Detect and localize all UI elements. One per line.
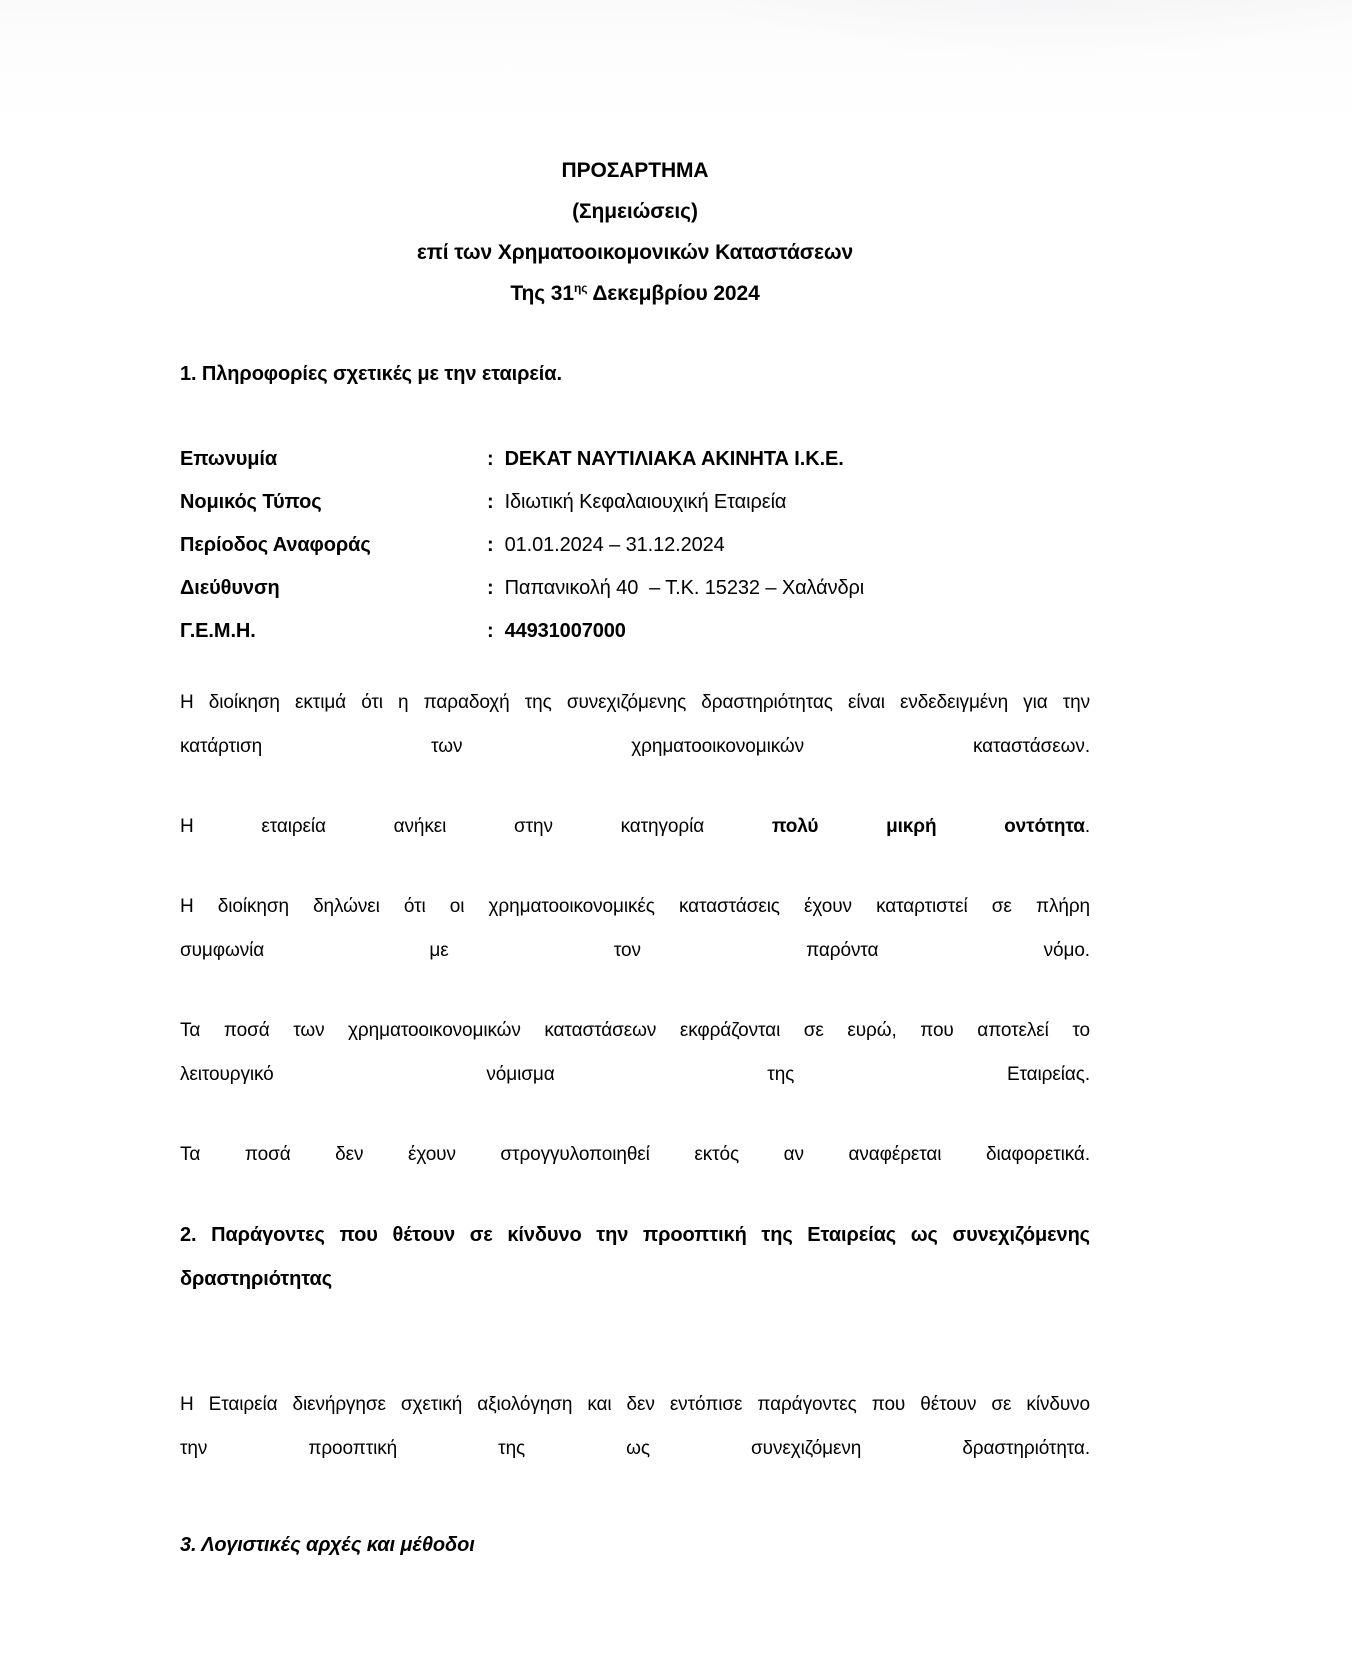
document-title-date-line: Της 31ης Δεκεμβρίου 2024 [180,273,1090,314]
paragraph-going-concern-assumption: Η διοίκηση εκτιμά ότι η παραδοχή της συν… [180,681,1090,769]
date-suffix: Δεκεμβρίου 2024 [592,282,759,305]
info-row-address: Διεύθυνση : Παπανικολή 40 – Τ.Κ. 15232 –… [180,567,1090,610]
info-colon: : [487,438,494,481]
info-row-reporting-period: Περίοδος Αναφοράς : 01.01.2024 – 31.12.2… [180,524,1090,567]
text-line: συμφωνία με τον παρόντα νόμο. [180,929,1090,973]
text-line: Τα ποσά των χρηματοοικονομικών καταστάσε… [180,1009,1090,1053]
info-row-gemi-number: Γ.Ε.Μ.Η. : 44931007000 [180,610,1090,653]
text-line: κατάρτιση των χρηματοοικονομικών καταστά… [180,725,1090,769]
paragraph-risk-assessment: Η Εταιρεία διενήργησε σχετική αξιολόγηση… [180,1383,1090,1471]
text-run: . [1085,816,1090,837]
info-label: Περίοδος Αναφοράς [180,524,487,567]
info-colon: : [487,610,494,653]
info-value: DEKAT ΝΑΥΤΙΛΙΑΚΑ ΑΚΙΝΗΤΑ Ι.Κ.Ε. [505,438,844,481]
info-value: 01.01.2024 – 31.12.2024 [505,524,725,567]
section-2-heading-line-2: δραστηριότητας [180,1257,1090,1301]
paragraph-entity-category: Η εταιρεία ανήκει στην κατηγορία πολύ μι… [180,805,1090,849]
section-2-heading-line-1: 2. Παράγοντες που θέτουν σε κίνδυνο την … [180,1213,1090,1257]
text-line: Τα ποσά δεν έχουν στρογγυλοποιηθεί εκτός… [180,1133,1090,1177]
info-colon: : [487,481,494,524]
document-title-line-3: επί των Χρηματοοικομονικών Καταστάσεων [180,232,1090,273]
info-colon: : [487,567,494,610]
date-ordinal-superscript: ης [574,281,587,295]
text-line: Η Εταιρεία διενήργησε σχετική αξιολόγηση… [180,1383,1090,1427]
info-label: Διεύθυνση [180,567,487,610]
info-value: Ιδιωτική Κεφαλαιουχική Εταιρεία [505,481,787,524]
document-title-line-2: (Σημειώσεις) [180,191,1090,232]
paragraph-functional-currency: Τα ποσά των χρηματοοικονομικών καταστάσε… [180,1009,1090,1097]
date-prefix: Της 31 [510,282,574,305]
section-1-heading: 1. Πληροφορίες σχετικές με την εταιρεία. [180,358,1090,390]
info-label: Νομικός Τύπος [180,481,487,524]
info-label: Γ.Ε.Μ.Η. [180,610,487,653]
text-line: Η διοίκηση δηλώνει ότι οι χρηματοοικονομ… [180,885,1090,929]
document-title-block: ΠΡΟΣΑΡΤΗΜΑ (Σημειώσεις) επί των Χρηματοο… [180,0,1090,314]
section-3-heading: 3. Λογιστικές αρχές και μέθοδοι [180,1523,1090,1567]
company-info-table: Επωνυμία : DEKAT ΝΑΥΤΙΛΙΑΚΑ ΑΚΙΝΗΤΑ Ι.Κ.… [180,438,1090,653]
info-row-company-name: Επωνυμία : DEKAT ΝΑΥΤΙΛΙΑΚΑ ΑΚΙΝΗΤΑ Ι.Κ.… [180,438,1090,481]
info-label: Επωνυμία [180,438,487,481]
section-2-heading: 2. Παράγοντες που θέτουν σε κίνδυνο την … [180,1213,1090,1301]
info-value: Παπανικολή 40 – Τ.Κ. 15232 – Χαλάνδρι [505,567,865,610]
text-line: Η εταιρεία ανήκει στην κατηγορία πολύ μι… [180,805,1090,849]
info-value: 44931007000 [505,610,626,653]
info-row-legal-type: Νομικός Τύπος : Ιδιωτική Κεφαλαιουχική Ε… [180,481,1090,524]
bold-emphasis: πολύ μικρή οντότητα [772,816,1085,837]
text-run: Η εταιρεία ανήκει στην κατηγορία [180,816,704,837]
info-colon: : [487,524,494,567]
text-line: Η διοίκηση εκτιμά ότι η παραδοχή της συν… [180,681,1090,725]
paragraph-full-compliance: Η διοίκηση δηλώνει ότι οι χρηματοοικονομ… [180,885,1090,973]
paragraph-rounding: Τα ποσά δεν έχουν στρογγυλοποιηθεί εκτός… [180,1133,1090,1177]
text-line: την προοπτική της ως συνεχιζόμενη δραστη… [180,1427,1090,1471]
document-title-line-1: ΠΡΟΣΑΡΤΗΜΑ [180,150,1090,191]
document-page: ΠΡΟΣΑΡΤΗΜΑ (Σημειώσεις) επί των Χρηματοο… [0,0,1352,1657]
text-line: λειτουργικό νόμισμα της Εταιρείας. [180,1053,1090,1097]
